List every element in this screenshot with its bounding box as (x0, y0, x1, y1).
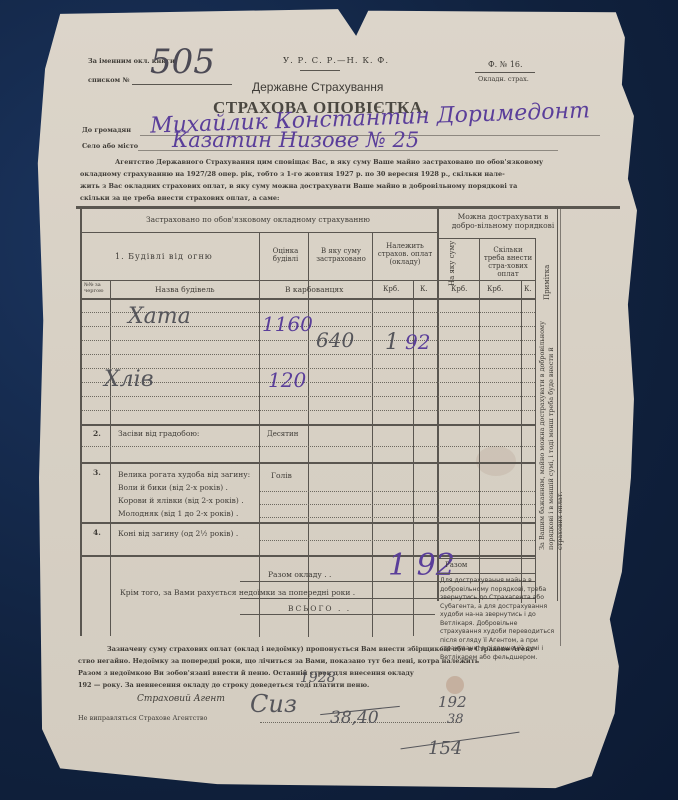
section-3-num: 3. (93, 468, 101, 477)
footer-line-2: ство негайно. Недоїмку за попередні роки… (78, 657, 479, 665)
total-label: Разом окладу . . (268, 570, 331, 579)
stamp-label: Не виправляться Страхове Агентство (78, 714, 207, 722)
row-rule (260, 517, 535, 518)
agent-label: Страховий Агент (137, 694, 225, 704)
sub-name: Назва будівель (155, 285, 215, 294)
intro-line-4: скільки за це треба внести страхових опл… (80, 194, 279, 202)
form-divider (475, 72, 535, 73)
section-3-item-cows: Корови й ялівки (від 2-х років) . (118, 496, 244, 505)
col-line (372, 232, 373, 637)
vol-sub-krb: Крб. (451, 285, 467, 293)
row-2-name: Хлів (104, 367, 154, 392)
table-top-border (76, 206, 620, 209)
paper-stain (476, 446, 516, 476)
calc-sub: 38 (447, 712, 464, 727)
col-line (259, 232, 260, 637)
section-mandatory-header: Застраховано по обов'язковому окладному … (146, 215, 370, 224)
row-1-name: Хата (128, 304, 191, 329)
agency-name: Державне Страхування (252, 80, 383, 94)
handwritten-year: 1928 (300, 670, 336, 686)
vertical-voluntary-note: За Вашим бажанням, майно можна дострахув… (538, 320, 568, 550)
vol-pay-sub-krb: Крб. (487, 285, 503, 293)
intro-line-3: жить з Вас окладних страхових оплат, в я… (80, 182, 517, 190)
section-4-num: 4. (93, 528, 101, 537)
form-number: Ф. № 16. (488, 60, 523, 69)
sub-num: №№ за чергою (84, 282, 108, 294)
grand-total-label: ВСЬОГО . . (288, 604, 351, 613)
row-1-due-krb: 1 (385, 330, 399, 355)
footer-line-3: Разом з недоїмкою Ви зобов'язані внести … (78, 669, 414, 677)
arrears-label: Крім того, за Вами рахується недоїмки за… (120, 588, 355, 597)
section-3-item-oxen: Воли й бики (від 2-х років) . (118, 483, 228, 492)
section-4-bottom (82, 555, 535, 557)
section-3-label: Велика рогата худоба від загину: (118, 470, 250, 479)
section-4-top (82, 522, 535, 524)
col-buildings: 1. Будівлі від огню (115, 252, 213, 261)
row-1-insured: 640 (316, 328, 354, 352)
section-2-top (82, 424, 535, 426)
section-2-num: 2. (93, 429, 101, 438)
subheader-bottom-line (82, 298, 535, 300)
table-left-border (80, 206, 82, 636)
section-3-top (82, 462, 535, 464)
vol-total-top (437, 558, 535, 559)
vol-total-bottom (437, 573, 535, 574)
subheader-top-line (82, 280, 535, 281)
section-3-unit: Голів (271, 471, 292, 480)
register-underline (132, 84, 232, 85)
col-insured-sum: В яку суму застраховано (312, 247, 370, 263)
sub-karb: В карбованцях (285, 285, 343, 294)
section-4-label: Коні від загину (од 2½ років) . (118, 529, 238, 538)
intro-line-2: окладному страхуванню на 1927/28 опер. р… (80, 170, 505, 178)
calc-result: 154 (428, 738, 462, 759)
row-1-due-k: 92 (405, 330, 430, 354)
row-rule (82, 396, 535, 397)
row-rule (260, 540, 535, 541)
section-2-label: Засіви від градобою: (118, 429, 199, 438)
register-label-2: списком № (88, 76, 130, 84)
row-rule (82, 340, 535, 341)
place-value: Казатин Низове № 25 (172, 128, 419, 152)
sub-krb: Крб. (383, 285, 399, 293)
authority: У. Р. С. Р.—Н. К. Ф. (283, 56, 389, 66)
section-divider (437, 206, 439, 601)
recipient-label: До громадян (82, 126, 131, 134)
sub-k: К. (420, 285, 428, 293)
paper-stain (446, 676, 464, 694)
agent-signature: Сиз (250, 690, 297, 718)
vol-total-label: Разом (445, 561, 467, 569)
voluntary-header-divider (439, 238, 535, 239)
col-line (110, 280, 111, 636)
row-rule (82, 410, 535, 411)
col-valuation: Оцінка будівлі (263, 247, 308, 263)
col-vol-pay: Скільки треба внести стра-хових оплат (482, 246, 534, 278)
vol-pay-sub-k: К. (524, 285, 532, 293)
calc-left: 38,40 (330, 708, 379, 728)
col-due: Належить страхов. оплат (окладу) (374, 242, 436, 266)
place-label: Село або місто (82, 142, 138, 150)
row-rule (260, 504, 535, 505)
section-voluntary-header: Можна дострахувати в добро-вільному поря… (448, 212, 558, 230)
row-rule (82, 446, 535, 447)
authority-divider (300, 70, 340, 71)
footer-line-1: Зазначену суму страхових оплат (оклад і … (107, 645, 537, 653)
section-2-unit: Десятин (267, 430, 298, 438)
row-rule (260, 491, 535, 492)
intro-line-1: Агентство Державного Страхування цим спо… (115, 158, 543, 166)
row-rule (82, 354, 535, 355)
calc-top: 192 (438, 693, 467, 711)
col-line (535, 238, 536, 603)
register-number: 505 (150, 42, 215, 82)
section-3-item-young: Молодняк (від 1 до 2-х років) . (118, 509, 238, 518)
col-line (479, 238, 480, 603)
row-2-valuation: 120 (268, 368, 306, 392)
col-notes: Примітка (543, 250, 551, 300)
grand-total-line (240, 614, 435, 615)
row-1-valuation: 1160 (262, 312, 313, 336)
form-subtitle: Окладн. страх. (478, 75, 529, 83)
